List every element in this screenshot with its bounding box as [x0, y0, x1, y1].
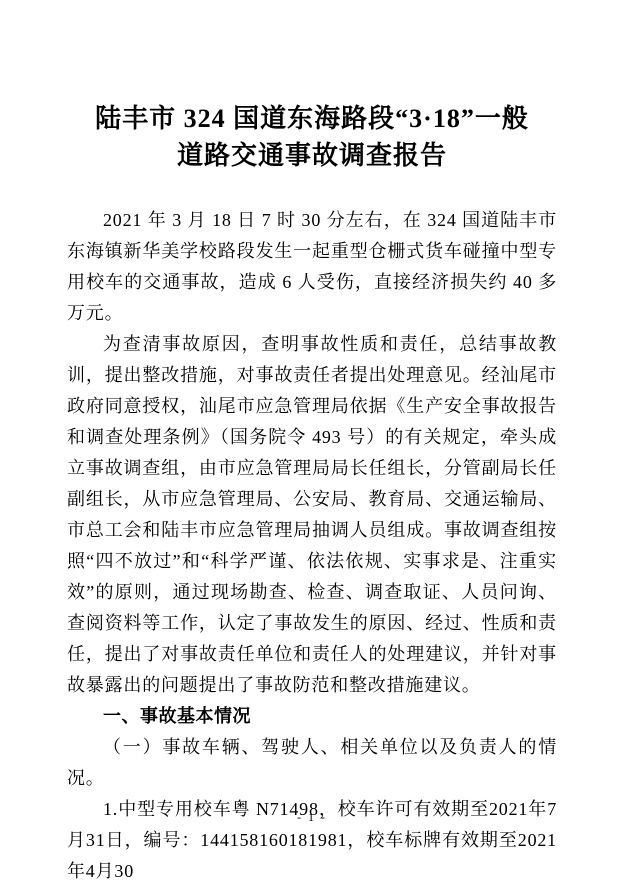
intro-paragraph-1: 2021 年 3 月 18 日 7 时 30 分左右，在 324 国道陆丰市东海… [67, 205, 557, 329]
document-body: 2021 年 3 月 18 日 7 时 30 分左右，在 324 国道陆丰市东海… [67, 205, 557, 887]
section-subheading-vehicles-drivers: （一）事故车辆、驾驶人、相关单位以及负责人的情况。 [67, 732, 557, 794]
intro-paragraph-2: 为查清事故原因，查明事故性质和责任，总结事故教训，提出整改措施，对事故责任者提出… [67, 329, 557, 701]
document-title-line-2: 道路交通事故调查报告 [0, 137, 624, 174]
page-number: - 1 - [0, 810, 624, 825]
section-heading-basic-facts: 一、事故基本情况 [67, 701, 557, 732]
document-title: 陆丰市 324 国道东海路段“3·18”一般 道路交通事故调查报告 [0, 0, 624, 174]
section-item-school-bus: 1.中型专用校车粤 N71498，校车许可有效期至2021年7月31日，编号：1… [67, 794, 557, 887]
document-title-line-1: 陆丰市 324 国道东海路段“3·18”一般 [0, 100, 624, 137]
document-page: 陆丰市 324 国道东海路段“3·18”一般 道路交通事故调查报告 2021 年… [0, 0, 624, 889]
